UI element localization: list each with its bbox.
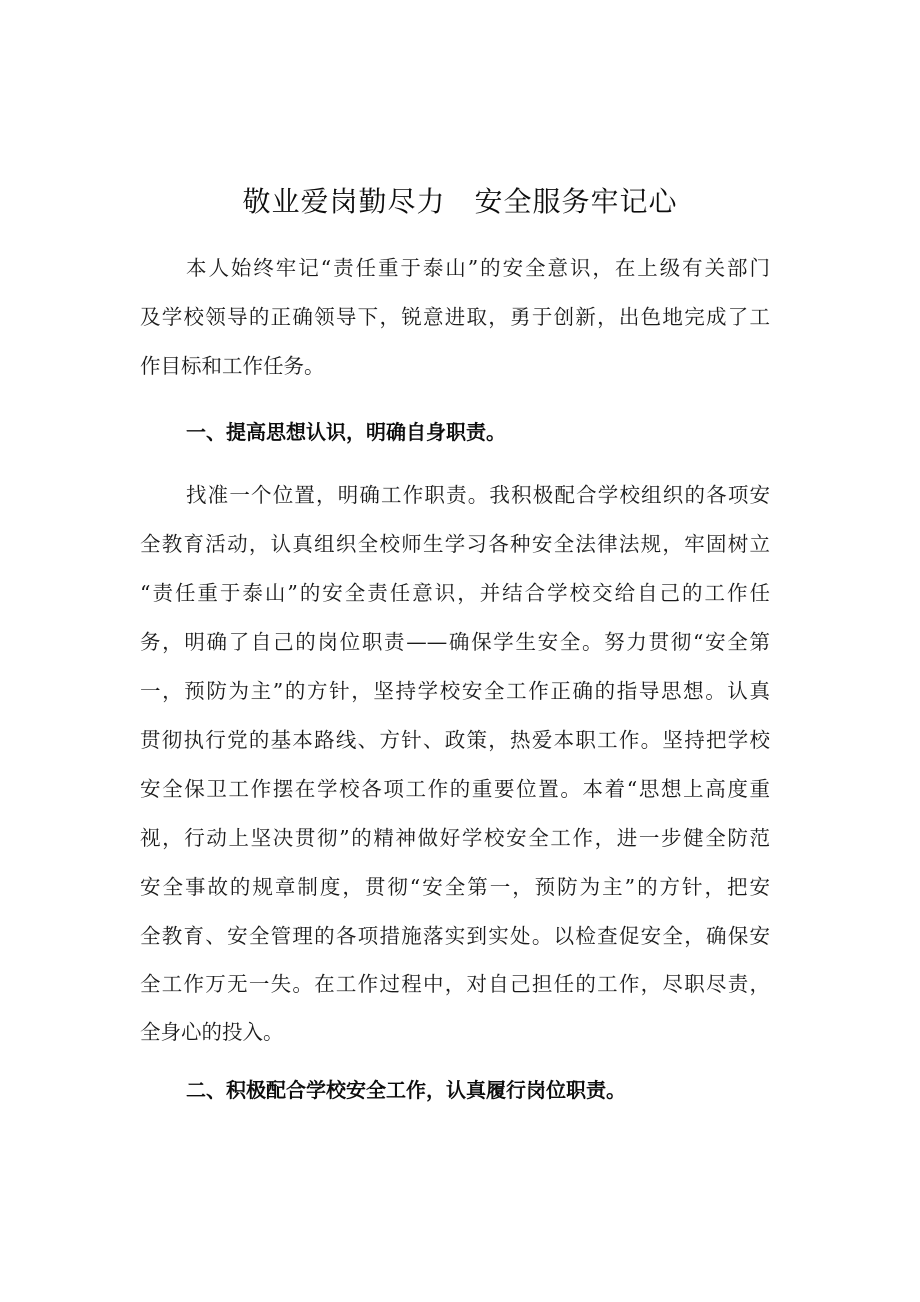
paragraph-line: 找准一个位置，明确工作职责。我积极配合学校组织的各项安 <box>186 480 770 510</box>
paragraph-line: 作目标和工作任务。 <box>140 351 770 381</box>
paragraph-line: “责任重于泰山”的安全责任意识，并结合学校交给自己的工作任 <box>140 578 770 608</box>
paragraph-line: 全教育活动，认真组织全校师生学习各种安全法律法规，牢固树立 <box>140 529 770 559</box>
paragraph-line: 全教育、安全管理的各项措施落实到实处。以检查促安全，确保安 <box>140 921 770 951</box>
paragraph-line: 视，行动上坚决贯彻”的精神做好学校安全工作，进一步健全防范 <box>140 823 770 853</box>
paragraph-line: 全身心的投入。 <box>140 1017 770 1047</box>
paragraph-line: 务，明确了自己的岗位职责——确保学生安全。努力贯彻“安全第 <box>140 627 770 657</box>
paragraph-line: 安全事故的规章制度，贯彻“安全第一，预防为主”的方针，把安 <box>140 872 770 902</box>
section-heading-1: 一、提高思想认识，明确自身职责。 <box>186 417 506 447</box>
document-title: 敬业爱岗勤尽力 安全服务牢记心 <box>0 182 920 222</box>
paragraph-line: 本人始终牢记“责任重于泰山”的安全意识，在上级有关部门 <box>186 253 770 283</box>
paragraph-line: 安全保卫工作摆在学校各项工作的重要位置。本着“思想上高度重 <box>140 774 770 804</box>
paragraph-line: 全工作万无一失。在工作过程中，对自己担任的工作，尽职尽责， <box>140 969 770 999</box>
document-page: 敬业爱岗勤尽力 安全服务牢记心 本人始终牢记“责任重于泰山”的安全意识，在上级有… <box>0 0 920 1302</box>
paragraph-line: 一，预防为主”的方针，坚持学校安全工作正确的指导思想。认真 <box>140 676 770 706</box>
paragraph-line: 及学校领导的正确领导下，锐意进取，勇于创新，出色地完成了工 <box>140 302 770 332</box>
paragraph-line: 贯彻执行党的基本路线、方针、政策，热爱本职工作。坚持把学校 <box>140 725 770 755</box>
section-heading-2: 二、积极配合学校安全工作，认真履行岗位职责。 <box>186 1075 626 1105</box>
